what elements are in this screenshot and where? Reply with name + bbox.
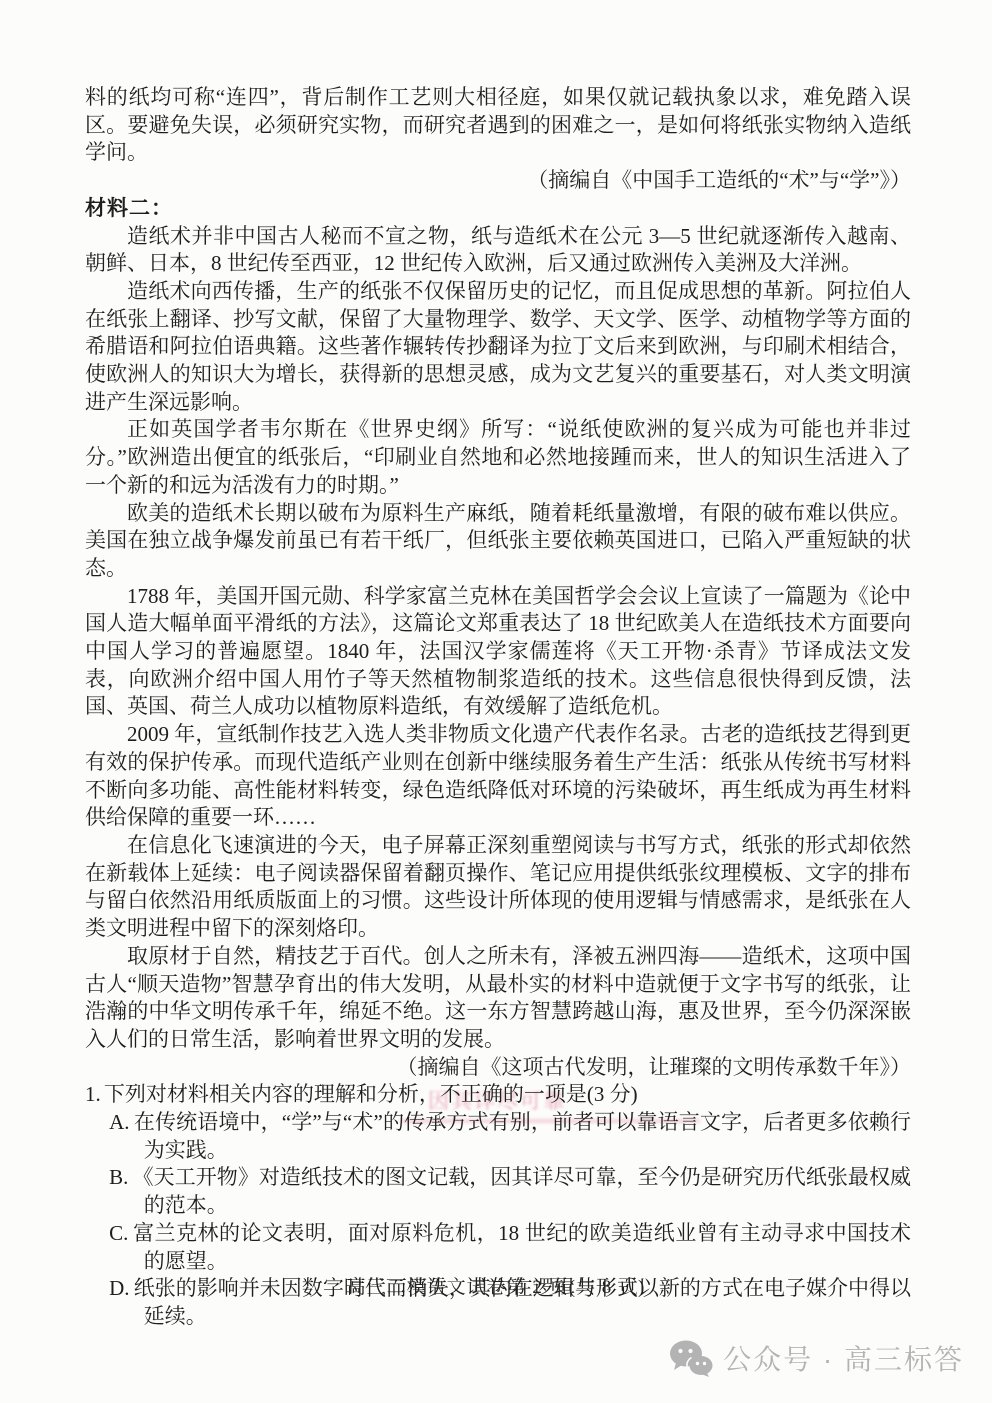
publisher-watermark: 公众号 · 高三标答: [669, 1338, 964, 1378]
paragraph: 正如英国学者韦尔斯在《世界史纲》所写：“说纸使欧洲的复兴成为可能也并非过分。”欧…: [85, 416, 911, 499]
option-text: 《天工开物》对造纸技术的图文记载，因其详尽可靠，至今仍是研究历代纸张最权威的范本…: [133, 1165, 911, 1217]
paragraph: 欧美的造纸术长期以破布为原料生产麻纸，随着耗纸量激增，有限的破布难以供应。美国在…: [85, 500, 911, 583]
exam-page: 因其详尽可靠 料的纸均可称“连四”，背后制作工艺则大相径庭，如果仅就记载执象以求…: [0, 0, 992, 1403]
option-row-b: B.《天工开物》对造纸技术的图文记载，因其详尽可靠，至今仍是研究历代纸张最权威的…: [109, 1164, 911, 1219]
option-text: 在传统语境中，“学”与“术”的传承方式有别，前者可以靠语言文字，后者更多依赖行为…: [134, 1110, 911, 1162]
option-label: B.: [109, 1165, 128, 1189]
paragraph: 在信息化飞速演进的今天，电子屏幕正深刻重塑阅读与书写方式，纸张的形式却依然在新载…: [85, 832, 911, 943]
watermark-label: 公众号 · 高三标答: [723, 1338, 964, 1378]
question-stem: 1.下列对材料相关内容的理解和分析，不正确的一项是(3 分): [85, 1081, 911, 1109]
paragraph: 2009 年，宣纸制作技艺入选人类非物质文化遗产代表作名录。古老的造纸技艺得到更…: [85, 721, 911, 832]
intro-continuation-paragraph: 料的纸均可称“连四”，背后制作工艺则大相径庭，如果仅就记载执象以求，难免踏入误区…: [85, 84, 911, 167]
option-row-a: A.在传统语境中，“学”与“术”的传承方式有别，前者可以靠语言文字，后者更多依赖…: [109, 1109, 911, 1164]
paragraph: 造纸术并非中国古人秘而不宣之物，纸与造纸术在公元 3—5 世纪就逐渐传入越南、朝…: [85, 223, 911, 278]
source-citation-2: （摘编自《这项古代发明，让璀璨的文明传承数千年》）: [85, 1054, 911, 1082]
wechat-icon: [669, 1339, 713, 1377]
page-footer: 高三二模语文试卷第 2 页(共 8 页): [0, 1272, 992, 1299]
option-label: A.: [109, 1110, 129, 1134]
question-stem-text: 下列对材料相关内容的理解和分析，不正确的一项是(3 分): [104, 1082, 638, 1106]
paragraph: 取原材于自然，精技艺于百代。创人之所未有，泽被五洲四海——造纸术，这项中国古人“…: [85, 943, 911, 1054]
source-citation-1: （摘编自《中国手工造纸的“术”与“学”》）: [85, 167, 911, 195]
question-number: 1.: [85, 1082, 101, 1106]
body-text: 料的纸均可称“连四”，背后制作工艺则大相径庭，如果仅就记载执象以求，难免踏入误区…: [85, 84, 911, 1331]
paragraph: 1788 年，美国开国元勋、科学家富兰克林在美国哲学会会议上宣读了一篇题为《论中…: [85, 583, 911, 722]
material-two-heading: 材料二：: [85, 195, 911, 223]
paragraph: 造纸术向西传播，生产的纸张不仅保留历史的记忆，而且促成思想的革新。阿拉伯人在纸张…: [85, 278, 911, 417]
option-row-c: C.富兰克林的论文表明，面对原料危机，18 世纪的欧美造纸业曾有主动寻求中国技术…: [109, 1220, 911, 1275]
option-label: C.: [109, 1221, 128, 1245]
option-text: 富兰克林的论文表明，面对原料危机，18 世纪的欧美造纸业曾有主动寻求中国技术的愿…: [133, 1221, 911, 1273]
